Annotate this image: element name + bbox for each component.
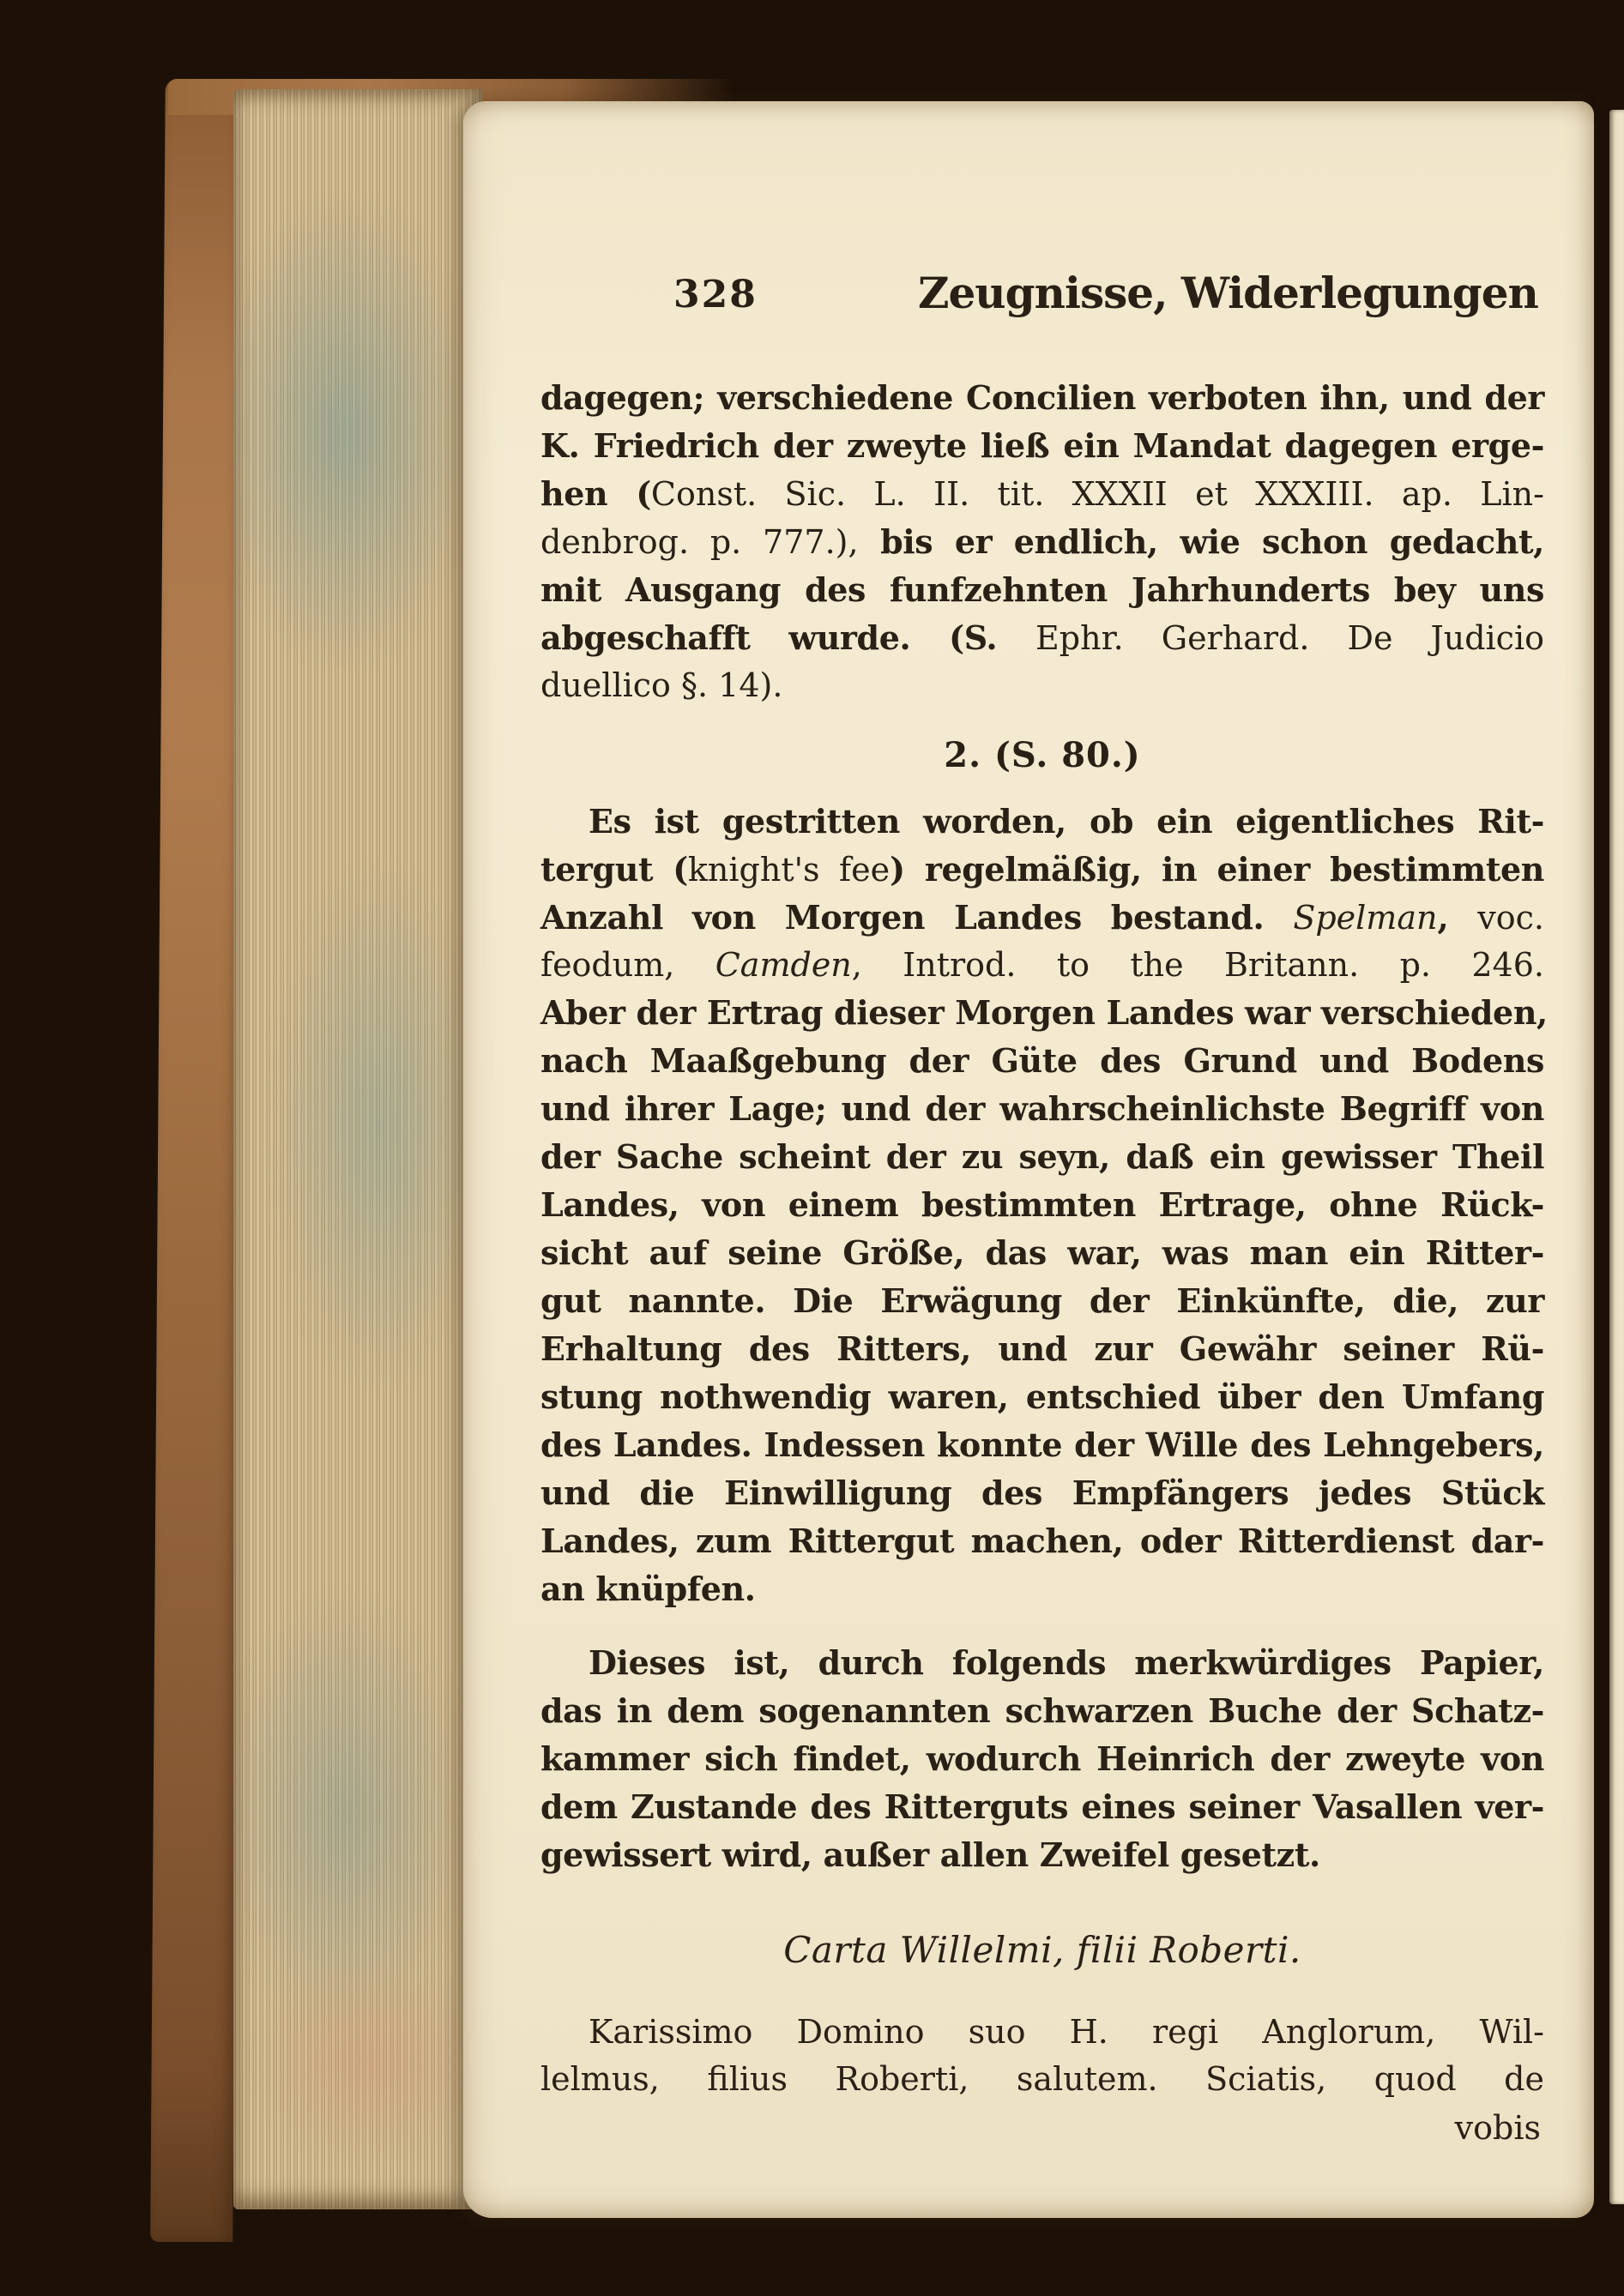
text-segment-fraktur: und die Einwilligung des Empfängers jede… [540, 1473, 1544, 1512]
text-line: dem Zustande des Ritterguts eines seiner… [540, 1783, 1544, 1831]
text-line: und die Einwilligung des Empfängers jede… [540, 1469, 1544, 1517]
text-line: gut nannte. Die Erwägung der Einkünfte, … [540, 1277, 1544, 1325]
text-segment-fraktur: nach Maaßgebung der Güte des Grund und B… [540, 1041, 1544, 1080]
running-header: 328 Zeugnisse, Widerlegungen [540, 273, 1544, 329]
text-segment-roman: Const. Sic. L. II. tit. XXXII et XXXIII.… [651, 475, 1544, 513]
text-line: Es ist gestritten worden, ob ein eigentl… [540, 798, 1544, 846]
text-segment-fraktur: Aber der Ertrag dieser Morgen Landes war… [540, 993, 1548, 1032]
text-line: K. Friedrich der zweyte ließ ein Mandat … [540, 422, 1544, 470]
text-segment-fraktur: gut nannte. Die Erwägung der Einkünfte, … [540, 1281, 1544, 1320]
text-line: stung nothwendig waren, entschied über d… [540, 1373, 1544, 1421]
text-segment-roman: lelmus, filius Roberti, salutem. Sciatis… [540, 2060, 1544, 2098]
text-line: dagegen; verschiedene Concilien verboten… [540, 374, 1544, 422]
text-segment-roman: feodum, [540, 946, 715, 984]
text-segment-fraktur: hen ( [540, 474, 651, 513]
text-segment-fraktur: dagegen; verschiedene Concilien verboten… [540, 378, 1544, 417]
text-line: lelmus, filius Roberti, salutem. Sciatis… [540, 2056, 1544, 2103]
charter-title: Carta Willelmi, filii Roberti. [540, 1929, 1544, 1971]
text-segment-italic: Camden [715, 946, 852, 984]
text-line: nach Maaßgebung der Güte des Grund und B… [540, 1037, 1544, 1085]
text-segment-fraktur: bis er endlich, wie schon gedacht, [859, 522, 1544, 561]
text-segment-fraktur: K. Friedrich der zweyte ließ ein Mandat … [540, 426, 1544, 465]
text-segment-fraktur: Dieses ist, durch folgends merkwürdiges … [589, 1643, 1544, 1682]
section-paragraph-2: Dieses ist, durch folgends merkwürdiges … [540, 1639, 1544, 1879]
text-segment-roman: Ephr. Gerhard. De Judicio [1035, 619, 1544, 657]
text-line: mit Ausgang des funfzehnten Jahrhunderts… [540, 566, 1544, 614]
text-line: und ihrer Lage; und der wahrscheinlichst… [540, 1085, 1544, 1133]
text-line: Landes, zum Rittergut machen, oder Ritte… [540, 1517, 1544, 1565]
text-line: duellico §. 14). [540, 662, 1544, 709]
text-line: abgeschafft wurde. (S. Ephr. Gerhard. De… [540, 614, 1544, 662]
text-segment-fraktur: Anzahl von Morgen Landes bestand. [540, 898, 1293, 937]
text-line: des Landes. Indessen konnte der Wille de… [540, 1421, 1544, 1469]
text-segment-roman: knight's fee [688, 851, 890, 889]
page-text-area: 328 Zeugnisse, Widerlegungen dagegen; ve… [463, 101, 1594, 2218]
text-segment-italic: Spelman [1293, 899, 1437, 937]
running-title: Zeugnisse, Widerlegungen [918, 268, 1538, 318]
text-line: feodum, Camden, Introd. to the Britann. … [540, 942, 1544, 989]
text-line: kammer sich findet, wodurch Heinrich der… [540, 1735, 1544, 1783]
page-block-fore-edge [233, 89, 482, 2209]
text-segment-roman: Karissimo Domino suo H. regi Anglorum, W… [589, 2013, 1544, 2051]
text-segment-roman: duellico §. 14). [540, 666, 782, 704]
text-line: Landes, von einem bestimmten Ertrage, oh… [540, 1181, 1544, 1229]
text-segment-fraktur: stung nothwendig waren, entschied über d… [540, 1377, 1544, 1416]
page-number: 328 [673, 273, 758, 316]
text-line: Erhaltung des Ritters, und zur Gewähr se… [540, 1325, 1544, 1373]
marbled-streak [233, 192, 482, 672]
text-segment-fraktur: sicht auf seine Größe, das war, was man … [540, 1233, 1544, 1272]
text-segment-fraktur: Es ist gestritten worden, ob ein eigentl… [589, 802, 1544, 841]
text-line: hen (Const. Sic. L. II. tit. XXXII et XX… [540, 470, 1544, 518]
text-segment-fraktur: mit Ausgang des funfzehnten Jahrhunderts… [540, 570, 1544, 609]
charter-paragraph: Karissimo Domino suo H. regi Anglorum, W… [540, 2009, 1544, 2103]
text-segment-fraktur: dem Zustande des Ritterguts eines seiner… [540, 1787, 1544, 1826]
text-segment-roman: voc. [1477, 899, 1544, 937]
text-line: Aber der Ertrag dieser Morgen Landes war… [540, 989, 1544, 1037]
continuation-paragraph: dagegen; verschiedene Concilien verboten… [540, 374, 1544, 709]
text-line: Dieses ist, durch folgends merkwürdiges … [540, 1639, 1544, 1687]
text-segment-fraktur: Erhaltung des Ritters, und zur Gewähr se… [540, 1329, 1544, 1368]
text-segment-fraktur: gewissert wird, außer allen Zweifel gese… [540, 1835, 1320, 1874]
text-line: der Sache scheint der zu seyn, daß ein g… [540, 1133, 1544, 1181]
text-segment-fraktur: , [1437, 898, 1477, 937]
section-heading: 2. (S. 80.) [540, 735, 1544, 775]
text-segment-fraktur: und ihrer Lage; und der wahrscheinlichst… [540, 1089, 1544, 1128]
catchword: vobis [540, 2105, 1544, 2152]
text-segment-roman: , Introd. to the Britann. p. 246. [852, 946, 1544, 984]
marbled-streak [251, 1959, 482, 2165]
text-line: denbrog. p. 777.), bis er endlich, wie s… [540, 518, 1544, 566]
marbled-streak [268, 861, 482, 1393]
next-page-edge [1609, 110, 1624, 2204]
text-line: das in dem sogenannten schwarzen Buche d… [540, 1687, 1544, 1735]
text-segment-fraktur: kammer sich findet, wodurch Heinrich der… [540, 1739, 1544, 1778]
text-segment-fraktur: des Landes. Indessen konnte der Wille de… [540, 1425, 1544, 1464]
section-paragraph-1: Es ist gestritten worden, ob ein eigentl… [540, 798, 1544, 1613]
text-line: sicht auf seine Größe, das war, was man … [540, 1229, 1544, 1277]
text-line: tergut (knight's fee) regelmäßig, in ein… [540, 846, 1544, 894]
text-segment-roman: denbrog. p. 777.), [540, 523, 859, 561]
text-segment-fraktur: tergut ( [540, 850, 688, 889]
text-segment-fraktur: abgeschafft wurde. (S. [540, 618, 1035, 657]
text-line: an knüpfen. [540, 1565, 1544, 1613]
text-line: Anzahl von Morgen Landes bestand. Spelma… [540, 894, 1544, 942]
text-segment-fraktur: ) regelmäßig, in einer bestimmten [890, 850, 1544, 889]
text-line: gewissert wird, außer allen Zweifel gese… [540, 1831, 1544, 1879]
text-segment-fraktur: der Sache scheint der zu seyn, daß ein g… [540, 1137, 1544, 1176]
text-segment-fraktur: Landes, von einem bestimmten Ertrage, oh… [540, 1185, 1544, 1224]
text-line: Karissimo Domino suo H. regi Anglorum, W… [540, 2009, 1544, 2056]
text-segment-fraktur: an knüpfen. [540, 1570, 756, 1608]
text-segment-fraktur: Landes, zum Rittergut machen, oder Ritte… [540, 1522, 1544, 1560]
text-segment-fraktur: das in dem sogenannten schwarzen Buche d… [540, 1691, 1544, 1730]
